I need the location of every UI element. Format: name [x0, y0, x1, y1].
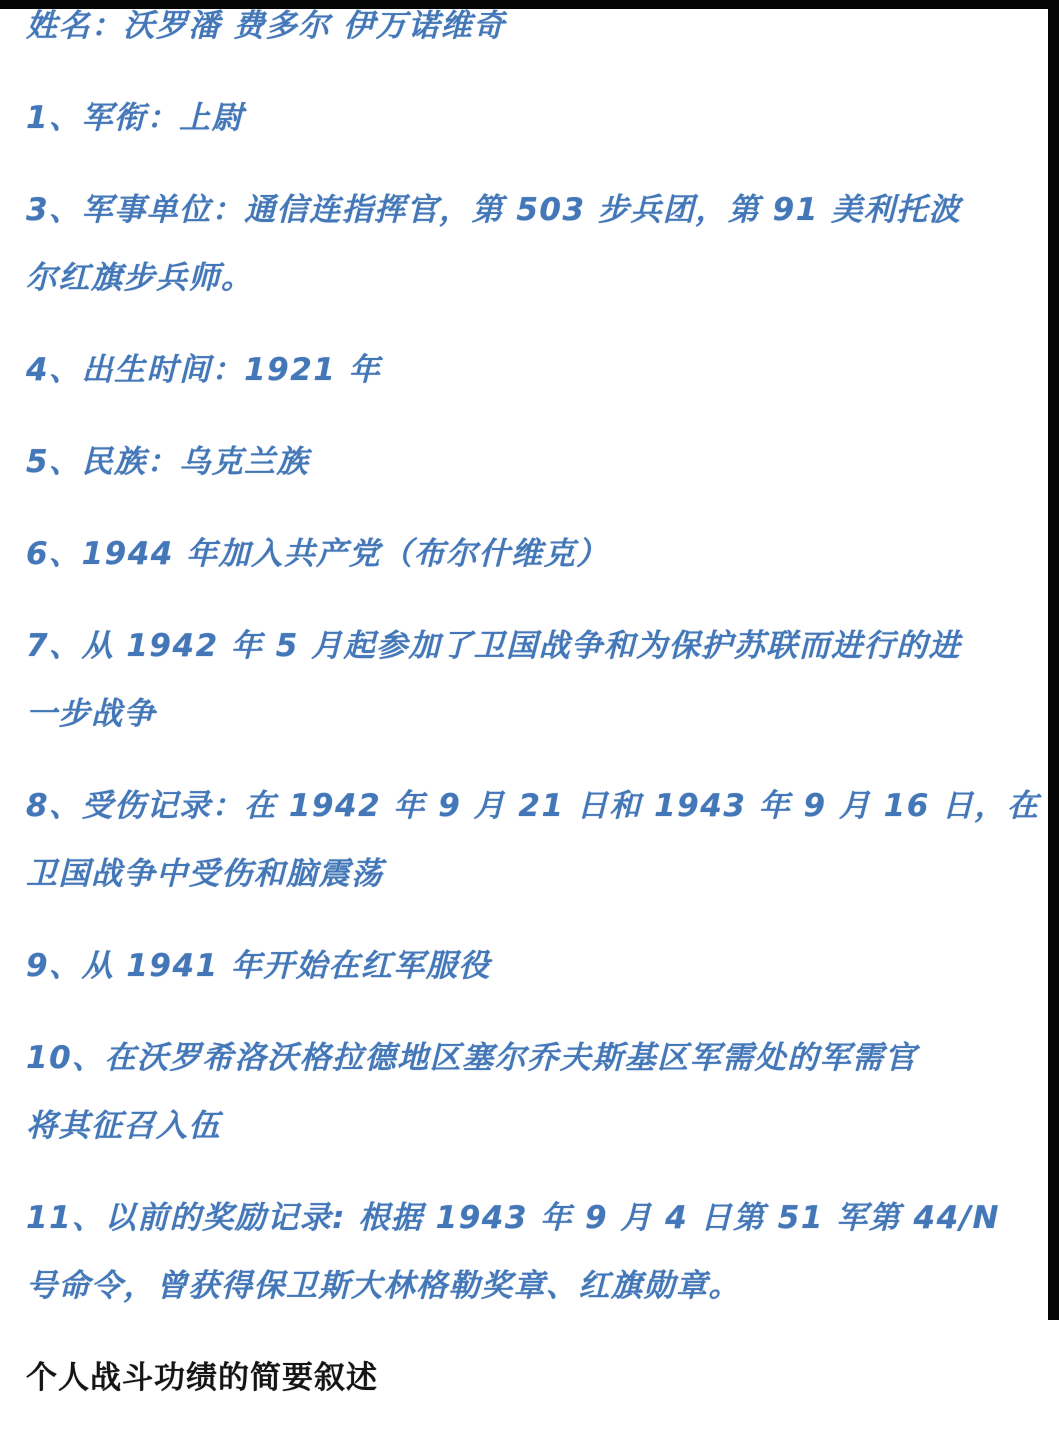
doc-line: 7、从 1942 年 5 月起参加了卫国战争和为保护苏联而进行的进 — [26, 612, 1006, 680]
doc-paragraph-conscription: 10、在沃罗希洛沃格拉德地区塞尔乔夫斯基区军需处的军需官 将其征召入伍 — [26, 1024, 1006, 1160]
doc-line: 3、军事单位：通信连指挥官，第 503 步兵团，第 91 美利托波 — [26, 176, 1006, 244]
doc-line: 4、出生时间：1921 年 — [26, 336, 1006, 404]
doc-paragraph-prior-awards: 11、以前的奖励记录: 根据 1943 年 9 月 4 日第 51 军第 44/… — [26, 1184, 1006, 1320]
doc-paragraph-war-participation: 7、从 1942 年 5 月起参加了卫国战争和为保护苏联而进行的进 一步战争 — [26, 612, 1006, 748]
doc-line: 5、民族：乌克兰族 — [26, 428, 1006, 496]
doc-line: 姓名：沃罗潘 费多尔 伊万诺维奇 — [26, 0, 1006, 60]
doc-line: 将其征召入伍 — [26, 1092, 1006, 1160]
doc-line: 一步战争 — [26, 680, 1006, 748]
doc-paragraph-party: 6、1944 年加入共产党（布尔什维克） — [26, 520, 1006, 588]
doc-line: 9、从 1941 年开始在红军服役 — [26, 932, 1006, 1000]
doc-paragraph-service: 9、从 1941 年开始在红军服役 — [26, 932, 1006, 1000]
doc-paragraph-wounds: 8、受伤记录：在 1942 年 9 月 21 日和 1943 年 9 月 16 … — [26, 772, 1006, 908]
doc-paragraph-unit: 3、军事单位：通信连指挥官，第 503 步兵团，第 91 美利托波 尔红旗步兵师… — [26, 176, 1006, 312]
doc-line: 11、以前的奖励记录: 根据 1943 年 9 月 4 日第 51 军第 44/… — [26, 1184, 1006, 1252]
doc-line: 10、在沃罗希洛沃格拉德地区塞尔乔夫斯基区军需处的军需官 — [26, 1024, 1006, 1092]
document-content: 姓名：沃罗潘 费多尔 伊万诺维奇 1、军衔：上尉 3、军事单位：通信连指挥官，第… — [0, 0, 1046, 1412]
doc-paragraph-birth: 4、出生时间：1921 年 — [26, 336, 1006, 404]
doc-line: 尔红旗步兵师。 — [26, 244, 1006, 312]
doc-line: 1、军衔：上尉 — [26, 84, 1006, 152]
doc-line: 6、1944 年加入共产党（布尔什维克） — [26, 520, 1006, 588]
doc-line: 8、受伤记录：在 1942 年 9 月 21 日和 1943 年 9 月 16 … — [26, 772, 1006, 840]
doc-line: 卫国战争中受伤和脑震荡 — [26, 840, 1006, 908]
doc-section-heading: 个人战斗功绩的简要叙述 — [26, 1344, 1006, 1412]
right-black-bar — [1048, 0, 1059, 1320]
doc-paragraph-name: 姓名：沃罗潘 费多尔 伊万诺维奇 — [26, 0, 1006, 60]
doc-line: 号命令，曾获得保卫斯大林格勒奖章、红旗勋章。 — [26, 1252, 1006, 1320]
document-page: 姓名：沃罗潘 费多尔 伊万诺维奇 1、军衔：上尉 3、军事单位：通信连指挥官，第… — [0, 0, 1059, 1440]
doc-paragraph-ethnicity: 5、民族：乌克兰族 — [26, 428, 1006, 496]
doc-paragraph-rank: 1、军衔：上尉 — [26, 84, 1006, 152]
